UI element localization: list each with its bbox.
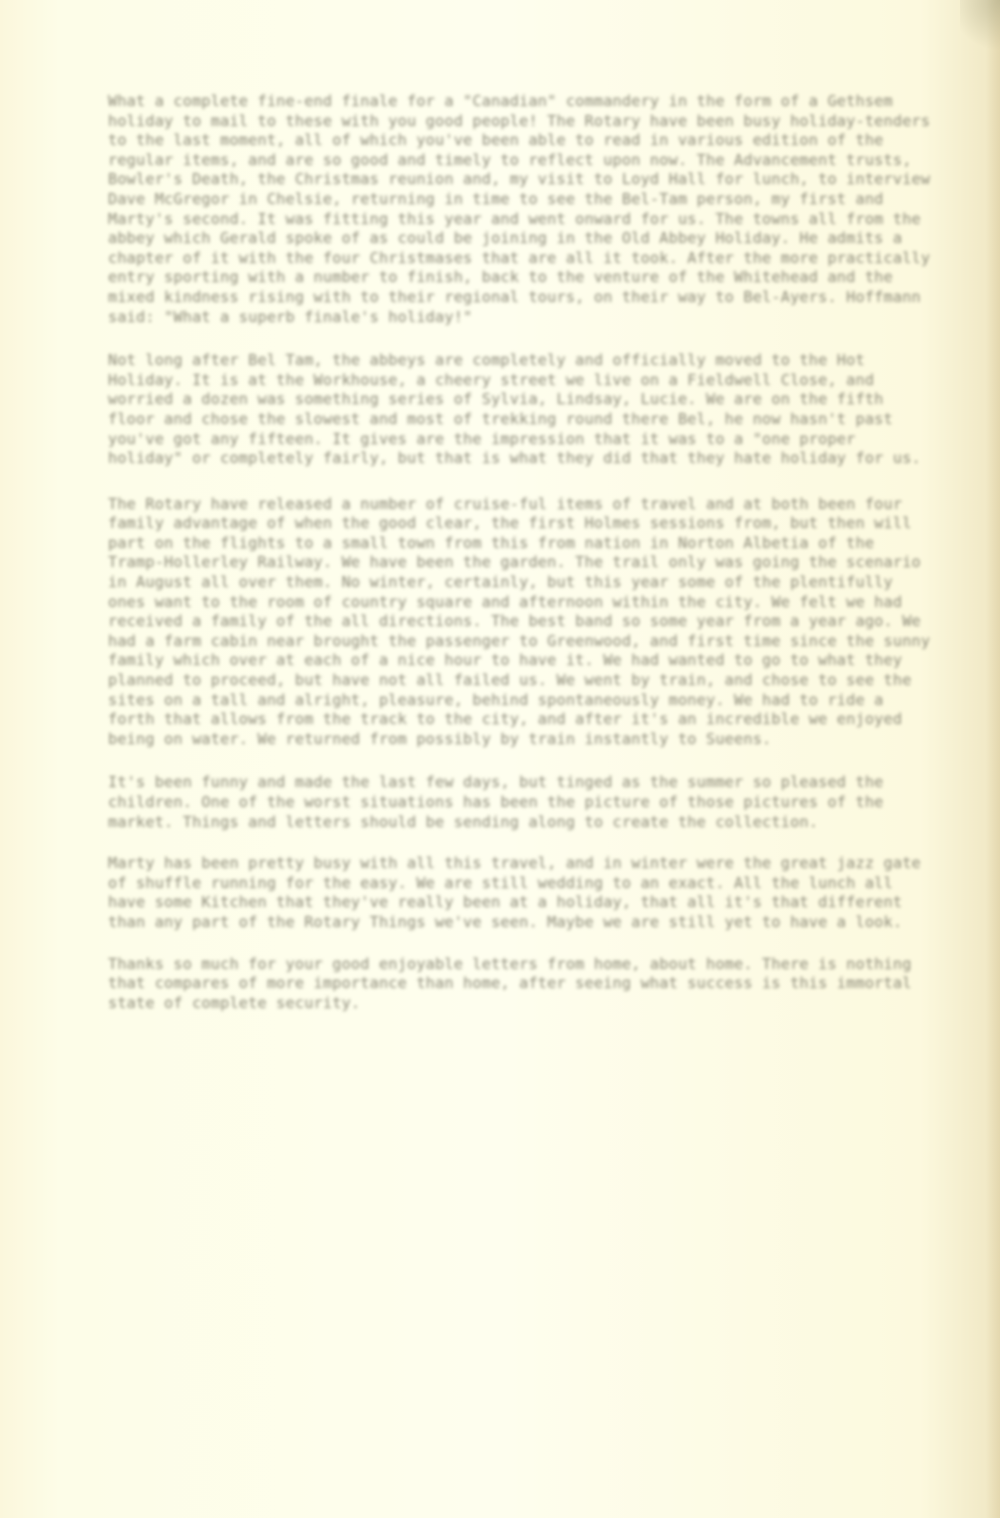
paragraph-4: It's been funny and made the last few da…: [108, 773, 938, 832]
paragraph-5: Marty has been pretty busy with all this…: [108, 854, 938, 932]
paper-corner-shadow: [960, 0, 1000, 60]
paragraph-1: What a complete fine-end finale for a "C…: [108, 92, 938, 327]
paragraph-2: Not long after Bel Tam, the abbeys are c…: [108, 351, 938, 469]
paragraph-3: The Rotary have released a number of cru…: [108, 495, 938, 750]
typewritten-body: What a complete fine-end finale for a "C…: [108, 92, 938, 1033]
paper-page: What a complete fine-end finale for a "C…: [0, 0, 1000, 1518]
paragraph-6: Thanks so much for your good enjoyable l…: [108, 955, 938, 1014]
paper-edge-shadow: [986, 0, 1000, 1518]
